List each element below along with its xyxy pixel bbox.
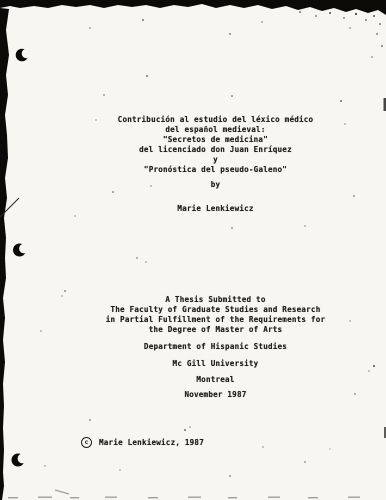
- university-name: Mc Gill University: [44, 359, 386, 369]
- thesis-statement: A Thesis Submitted to The Faculty of Gra…: [44, 295, 386, 335]
- title-line: del licenciado don Juan Enríquez: [44, 145, 386, 155]
- scanned-thesis-title-page: Contribución al estudio del léxico médic…: [0, 0, 386, 500]
- byline: by: [44, 180, 386, 190]
- binder-crescent-top: [16, 49, 32, 62]
- thesis-title: Contribución al estudio del léxico médic…: [44, 115, 386, 175]
- title-page-content: Contribución al estudio del léxico médic…: [44, 0, 386, 500]
- author-name: Marie Lenkiewicz: [44, 204, 386, 214]
- binder-crescent-bottom: [12, 454, 28, 467]
- copyright-icon: c: [81, 437, 92, 448]
- title-line: "Pronóstica del pseudo-Galeno": [44, 165, 386, 175]
- thesis-statement-line: A Thesis Submitted to: [44, 295, 386, 305]
- title-line: "Secretos de medicina": [44, 135, 386, 145]
- scan-scratch-line: [0, 198, 19, 217]
- copyright-text: Marie Lenkiewicz, 1987: [99, 438, 204, 448]
- city-name: Montreal: [44, 375, 386, 385]
- title-line: del español medieval:: [44, 125, 386, 135]
- title-line: y: [44, 155, 386, 165]
- copyright-line: c Marie Lenkiewicz, 1987: [81, 437, 204, 448]
- thesis-statement-line: the Degree of Master of Arts: [44, 325, 386, 335]
- thesis-statement-line: in Partial Fulfillment of the Requiremen…: [44, 315, 386, 325]
- binder-crescent-middle: [13, 244, 29, 257]
- date-line: November 1987: [44, 390, 386, 400]
- department-name: Department of Hispanic Studies: [44, 342, 386, 352]
- title-line: Contribución al estudio del léxico médic…: [44, 115, 386, 125]
- thesis-statement-line: The Faculty of Graduate Studies and Rese…: [44, 305, 386, 315]
- scan-left-edge: [0, 8, 9, 500]
